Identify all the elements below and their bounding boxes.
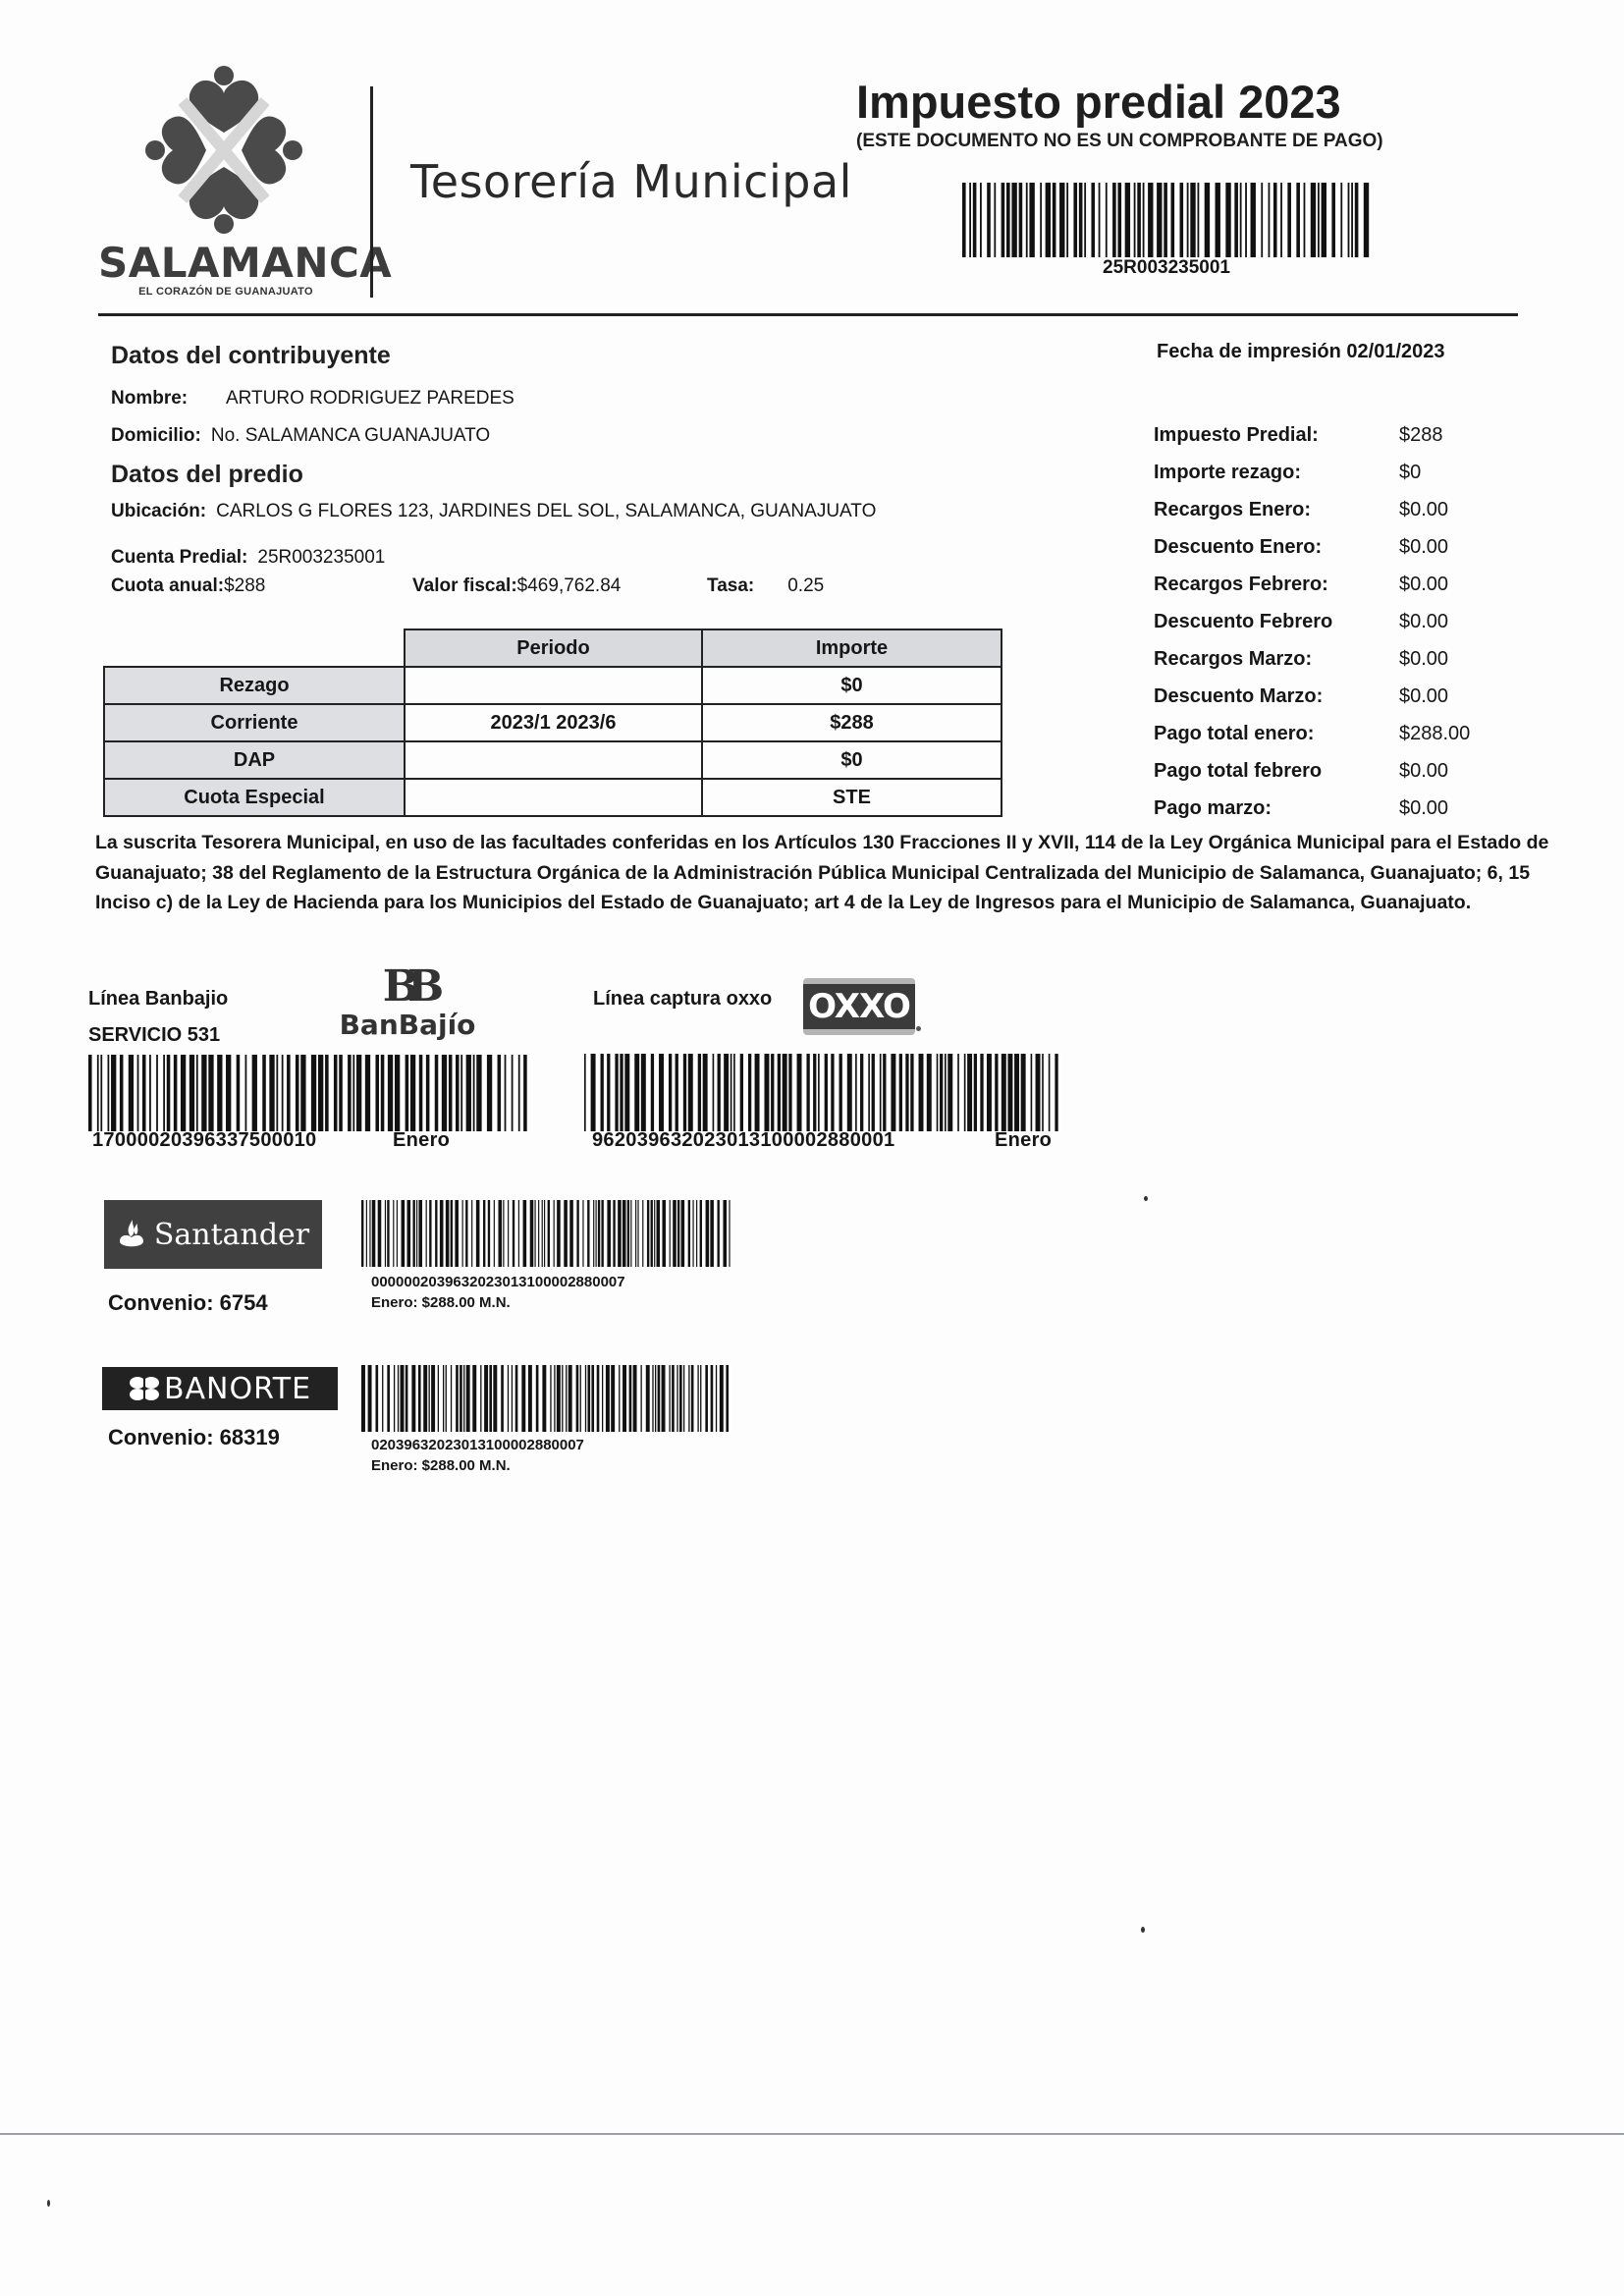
row-periodo [405, 667, 702, 704]
summary-row: Descuento Enero:$0.00 [1154, 528, 1546, 566]
banorte-convenio: Convenio: 68319 [108, 1425, 280, 1450]
summary-row: Descuento Febrero$0.00 [1154, 603, 1546, 640]
santander-number: 0000002039632023013100002880007 [371, 1272, 625, 1292]
tasa-row: Tasa: 0.25 [707, 575, 824, 597]
summary-label: Pago total febrero [1154, 760, 1399, 783]
nombre-label: Nombre: [111, 388, 216, 410]
document-subtitle: (ESTE DOCUMENTO NO ES UN COMPROBANTE DE … [856, 131, 1383, 152]
scan-speck [47, 2200, 50, 2207]
summary-label: Descuento Marzo: [1154, 685, 1399, 708]
row-periodo: 2023/1 2023/6 [405, 704, 702, 741]
domicilio-label: Domicilio: [111, 425, 201, 447]
col-importe: Importe [702, 629, 1001, 667]
summary-label: Impuesto Predial: [1154, 424, 1399, 447]
row-importe: $288 [702, 704, 1001, 741]
santander-convenio: Convenio: 6754 [108, 1290, 268, 1316]
summary-value: $0 [1399, 462, 1421, 484]
nombre-row: Nombre: ARTURO RODRIGUEZ PAREDES [111, 388, 514, 410]
summary-value: $0.00 [1399, 648, 1448, 671]
summary-row: Recargos Enero:$0.00 [1154, 491, 1546, 528]
document-title: Impuesto predial 2023 [856, 75, 1341, 129]
ubicacion-label: Ubicación: [111, 501, 206, 522]
summary-label: Recargos Marzo: [1154, 648, 1399, 671]
oxxo-label: Línea captura oxxo [593, 988, 772, 1011]
banorte-symbol-icon [129, 1375, 160, 1402]
salamanca-emblem-icon [145, 64, 302, 236]
banorte-number: 02039632023013100002880007 [371, 1435, 584, 1455]
banorte-logo: BANORTE [102, 1367, 338, 1410]
summary-row: Impuesto Predial:$288 [1154, 416, 1546, 454]
summary-value: $0.00 [1399, 760, 1448, 783]
banorte-logo-text: BANORTE [164, 1372, 311, 1406]
col-periodo: Periodo [405, 629, 702, 667]
santander-logo-text: Santander [154, 1218, 309, 1252]
summary-row: Recargos Marzo:$0.00 [1154, 640, 1546, 678]
cuenta-value: 25R003235001 [257, 547, 385, 569]
row-concepto: Cuota Especial [104, 779, 405, 816]
table-row: Rezago $0 [104, 667, 1001, 704]
summary-value: $0.00 [1399, 611, 1448, 633]
domicilio-value: No. SALAMANCA GUANAJUATO [211, 425, 490, 447]
scan-speck [1144, 1196, 1148, 1201]
summary-row: Descuento Marzo:$0.00 [1154, 678, 1546, 715]
header-divider [370, 86, 373, 298]
summary-row: Recargos Febrero:$0.00 [1154, 566, 1546, 603]
row-periodo [405, 741, 702, 779]
santander-flame-icon [117, 1218, 146, 1251]
summary-label: Pago total enero: [1154, 723, 1399, 745]
santander-logo: Santander [104, 1200, 322, 1269]
cuota-row: Cuota anual: $288 [111, 575, 265, 597]
row-importe: STE [702, 779, 1001, 816]
valor-value: $469,762.84 [517, 575, 622, 597]
municipality-tagline: EL CORAZÓN DE GUANAJUATO [98, 286, 353, 298]
account-barcode-number: 25R003235001 [962, 257, 1371, 279]
summary-label: Importe rezago: [1154, 462, 1399, 484]
scan-speck [1141, 1927, 1145, 1933]
summary-value: $0.00 [1399, 536, 1448, 559]
ubicacion-value: CARLOS G FLORES 123, JARDINES DEL SOL, S… [216, 501, 876, 522]
contribuyente-heading: Datos del contribuyente [111, 342, 391, 370]
row-importe: $0 [702, 741, 1001, 779]
summary-label: Descuento Febrero [1154, 611, 1399, 633]
banbajio-month: Enero [393, 1129, 450, 1152]
nombre-value: ARTURO RODRIGUEZ PAREDES [226, 388, 514, 410]
banbajio-logo-text: BanBajío [334, 1009, 481, 1042]
salamanca-logo: SALAMANCA EL CORAZÓN DE GUANAJUATO [98, 64, 353, 304]
oxxo-logo: OXXO [803, 978, 915, 1035]
summary-label: Descuento Enero: [1154, 536, 1399, 559]
summary-label: Recargos Febrero: [1154, 574, 1399, 596]
summary-value: $0.00 [1399, 574, 1448, 596]
summary-value: $0.00 [1399, 797, 1448, 820]
summary-label: Pago marzo: [1154, 797, 1399, 820]
banbajio-logo: BB BanBajío [334, 965, 481, 1044]
row-concepto: Corriente [104, 704, 405, 741]
summary-row: Pago total febrero$0.00 [1154, 752, 1546, 790]
tasa-label: Tasa: [707, 575, 754, 597]
table-row: DAP $0 [104, 741, 1001, 779]
oxxo-barcode [584, 1054, 1061, 1131]
row-concepto: Rezago [104, 667, 405, 704]
summary-row: Pago total enero:$288.00 [1154, 715, 1546, 752]
cuenta-label: Cuenta Predial: [111, 547, 247, 569]
registered-mark-icon [916, 1026, 921, 1031]
banbajio-mark-icon: BB [334, 965, 481, 1009]
oxxo-month: Enero [995, 1129, 1052, 1152]
header-rule [98, 313, 1518, 316]
summary-value: $288 [1399, 424, 1443, 447]
santander-amount: Enero: $288.00 M.N. [371, 1292, 511, 1313]
table-row: Corriente 2023/1 2023/6 $288 [104, 704, 1001, 741]
ubicacion-row: Ubicación: CARLOS G FLORES 123, JARDINES… [111, 501, 876, 522]
payment-summary: Impuesto Predial:$288Importe rezago:$0Re… [1154, 416, 1546, 827]
cuota-value: $288 [224, 575, 265, 597]
summary-row: Pago marzo:$0.00 [1154, 790, 1546, 827]
oxxo-logo-text: OXXO [808, 987, 910, 1026]
periodos-table: Periodo Importe Rezago $0 Corriente 2023… [103, 629, 1002, 817]
page-edge [0, 2133, 1624, 2135]
domicilio-row: Domicilio: No. SALAMANCA GUANAJUATO [111, 425, 490, 447]
banbajio-barcode [88, 1055, 532, 1131]
office-name: Tesorería Municipal [410, 155, 852, 208]
cuota-label: Cuota anual: [111, 575, 224, 597]
summary-value: $0.00 [1399, 685, 1448, 708]
tasa-value: 0.25 [787, 575, 824, 597]
summary-value: $288.00 [1399, 723, 1470, 745]
banbajio-number: 17000020396337500010 [92, 1129, 316, 1152]
table-header-row: Periodo Importe [104, 629, 1001, 667]
summary-row: Importe rezago:$0 [1154, 454, 1546, 491]
banorte-barcode [361, 1365, 732, 1432]
santander-barcode [361, 1200, 732, 1267]
legal-notice: La suscrita Tesorera Municipal, en uso d… [95, 828, 1558, 918]
summary-value: $0.00 [1399, 499, 1448, 521]
row-importe: $0 [702, 667, 1001, 704]
banorte-amount: Enero: $288.00 M.N. [371, 1455, 511, 1476]
summary-label: Recargos Enero: [1154, 499, 1399, 521]
row-periodo [405, 779, 702, 816]
banbajio-servicio: SERVICIO 531 [88, 1024, 220, 1047]
oxxo-number: 962039632023013100002880001 [592, 1129, 894, 1152]
municipality-name: SALAMANCA [98, 239, 353, 287]
valor-row: Valor fiscal: $469,762.84 [412, 575, 621, 597]
fecha-impresion: Fecha de impresión 02/01/2023 [1157, 341, 1445, 363]
valor-label: Valor fiscal: [412, 575, 517, 597]
predio-heading: Datos del predio [111, 461, 303, 489]
account-barcode [962, 183, 1371, 257]
row-concepto: DAP [104, 741, 405, 779]
banbajio-label: Línea Banbajio [88, 988, 228, 1011]
cuenta-row: Cuenta Predial: 25R003235001 [111, 547, 385, 569]
table-row: Cuota Especial STE [104, 779, 1001, 816]
